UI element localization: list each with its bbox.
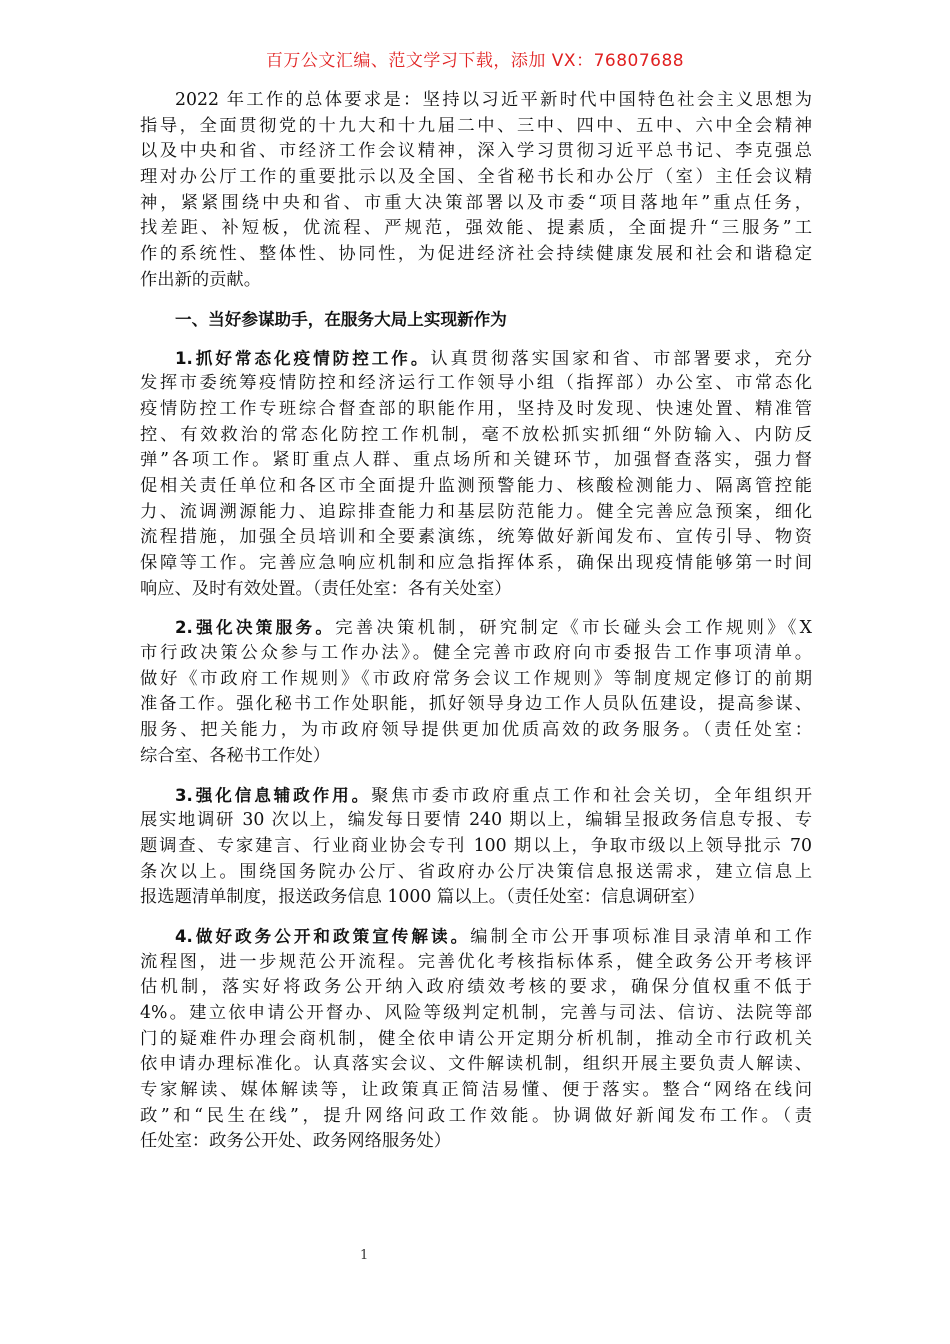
text-line: 门的疑难件办理会商机制，健全依申请公开定期分析机制，推动全市行政机关 [140,1027,812,1053]
text-line: 政”和“民生在线”，提升网络问政工作效能。协调做好新闻发布工作。（责 [140,1104,812,1130]
text-line: 流程图，进一步规范公开流程。完善优化考核指标体系，健全政务公开考核评 [140,950,812,976]
text-line: 报选题清单制度，报送政务信息 1000 篇以上。（责任处室：信息调研室） [140,885,812,911]
item-lead: 4.做好政务公开和政策宣传解读。 [175,927,470,946]
text-line: 以及中央和省、市经济工作会议精神，深入学习贯彻习近平总书记、李克强总 [140,139,812,165]
item-first-line-rest: 聚焦市委市政府重点工作和社会关切，全年组织开 [371,786,812,806]
text-line: 2022 年工作的总体要求是：坚持以习近平新时代中国特色社会主义思想为 [140,88,812,114]
item-paragraph-1: 1.抓好常态化疫情防控工作。认真贯彻落实国家和省、市部署要求，充分 发挥市委统筹… [140,346,812,603]
text-line: 流程措施，加强全员培训和全要素演练，统筹做好新闻发布、宣传引导、物资 [140,525,812,551]
text-line: 4.做好政务公开和政策宣传解读。编制全市公开事项标准目录清单和工作 [140,924,812,950]
text-line: 控、有效救治的常态化防控工作机制，毫不放松抓实抓细“外防输入、内防反 [140,423,812,449]
text-line: 展实地调研 30 次以上，编发每日要情 240 期以上，编辑呈报政务信息专报、专 [140,808,812,834]
intro-paragraph: 2022 年工作的总体要求是：坚持以习近平新时代中国特色社会主义思想为 指导，全… [140,88,812,294]
text-line: 依申请办理标准化。认真落实会议、文件解读机制，组织开展主要负责人解读、 [140,1052,812,1078]
item-paragraph-4: 4.做好政务公开和政策宣传解读。编制全市公开事项标准目录清单和工作 流程图，进一… [140,924,812,1155]
text-line: 综合室、各秘书工作处） [140,744,812,770]
item-first-line-rest: 完善决策机制，研究制定《市长碰头会工作规则》《X [335,618,812,638]
text-line: 准备工作。强化秘书工作处职能，抓好领导身边工作人员队伍建设，提高参谋、 [140,692,812,718]
text-line: 任处室：政务公开处、政务网络服务处） [140,1129,812,1155]
text-line: 疫情防控工作专班综合督查部的职能作用，坚持及时发现、快速处置、精准管 [140,397,812,423]
item-first-line-rest: 认真贯彻落实国家和省、市部署要求，充分 [430,349,812,369]
text-line: 1.抓好常态化疫情防控工作。认真贯彻落实国家和省、市部署要求，充分 [140,346,812,372]
item-lead: 2.强化决策服务。 [175,618,335,637]
item-lead: 3.强化信息辅政作用。 [175,786,371,805]
text-line: 神，紧紧围绕中央和省、市重大决策部署以及市委“项目落地年”重点任务， [140,191,812,217]
text-line: 作出新的贡献。 [140,268,812,294]
item-paragraph-3: 3.强化信息辅政作用。聚焦市委市政府重点工作和社会关切，全年组织开 展实地调研 … [140,783,812,911]
text-line: 理对办公厅工作的重要批示以及全国、全省秘书长和办公厅（室）主任会议精 [140,165,812,191]
text-line: 2.强化决策服务。完善决策机制，研究制定《市长碰头会工作规则》《X [140,615,812,641]
text-line: 响应、及时有效处置。（责任处室：各有关处室） [140,577,812,603]
text-line: 力、流调溯源能力、追踪排查能力和基层防范能力。健全完善应急预案，细化 [140,500,812,526]
text-line: 估机制，落实好将政务公开纳入政府绩效考核的要求，确保分值权重不低于 [140,975,812,1001]
text-line: 4%。建立依申请公开督办、风险等级判定机制，完善与司法、信访、法院等部 [140,1001,812,1027]
text-line: 专家解读、媒体解读等，让政策真正简洁易懂、便于落实。整合“网络在线问 [140,1078,812,1104]
page-number: 1 [360,1248,368,1263]
item-first-line-rest: 编制全市公开事项标准目录清单和工作 [470,927,812,947]
text-line: 找差距、补短板，优流程、严规范，强效能、提素质，全面提升“三服务”工 [140,216,812,242]
text-line: 题调查、专家建言、行业商业协会专刊 100 期以上，争取市级以上领导批示 70 [140,834,812,860]
item-lead: 1.抓好常态化疫情防控工作。 [175,349,430,368]
document-page: 2022 年工作的总体要求是：坚持以习近平新时代中国特色社会主义思想为 指导，全… [140,88,812,1155]
text-line: 做好《市政府工作规则》《市政府常务会议工作规则》等制度规定修订的前期 [140,667,812,693]
text-line: 指导，全面贯彻党的十九大和十九届二中、三中、四中、五中、六中全会精神 [140,114,812,140]
text-line: 作的系统性、整体性、协同性，为促进经济社会持续健康发展和社会和谐稳定 [140,242,812,268]
text-line: 弹”各项工作。紧盯重点人群、重点场所和关键环节，加强督查落实，强力督 [140,448,812,474]
text-line: 服务、把关能力，为市政府领导提供更加优质高效的政务服务。（责任处室： [140,718,812,744]
text-line: 市行政决策公众参与工作办法》。健全完善市政府向市委报告工作事项清单。 [140,641,812,667]
watermark-banner: 百万公文汇编、范文学习下载，添加 VX：76807688 [0,46,950,71]
text-line: 促相关责任单位和各区市全面提升监测预警能力、核酸检测能力、隔离管控能 [140,474,812,500]
section-heading: 一、当好参谋助手，在服务大局上实现新作为 [140,307,812,333]
text-line: 3.强化信息辅政作用。聚焦市委市政府重点工作和社会关切，全年组织开 [140,783,812,809]
text-line: 保障等工作。完善应急响应机制和应急指挥体系，确保出现疫情能够第一时间 [140,551,812,577]
item-paragraph-2: 2.强化决策服务。完善决策机制，研究制定《市长碰头会工作规则》《X 市行政决策公… [140,615,812,769]
text-line: 条次以上。围绕国务院办公厅、省政府办公厅决策信息报送需求，建立信息上 [140,860,812,886]
text-line: 发挥市委统筹疫情防控和经济运行工作领导小组（指挥部）办公室、市常态化 [140,371,812,397]
